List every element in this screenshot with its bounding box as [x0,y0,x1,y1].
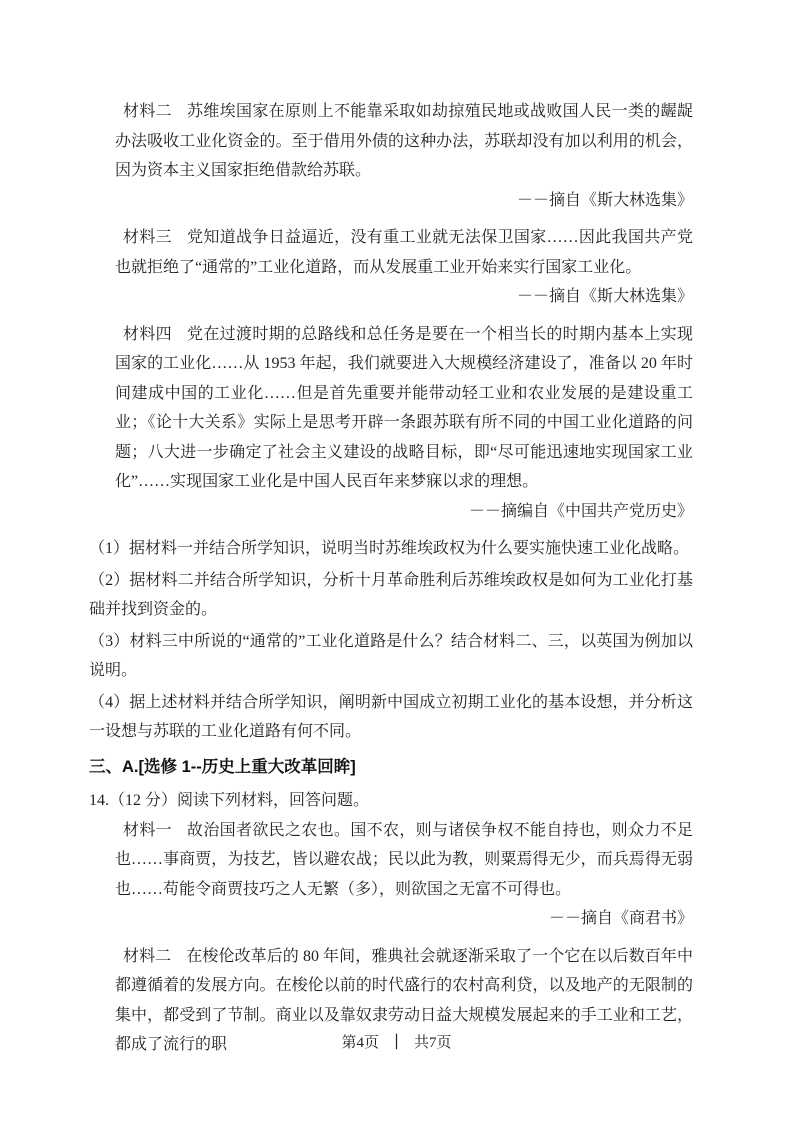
page-number-separator: ｜ [389,1035,404,1051]
total-page-count: 共7页 [414,1035,452,1051]
q14-material-1-label: 材料一 [123,822,172,839]
current-page-number: 第4页 [341,1035,379,1051]
question-14-block: 14.（12 分）阅读下列材料，回答问题。 材料一故治国者欲民之农也。国不农，则… [89,786,693,1060]
material-4-text: 党在过渡时期的总路线和总任务是要在一个相当长的时期内基本上实现国家的工业化……从… [115,326,693,491]
material-3-source-citation: －－摘自《斯大林选集》 [89,282,693,312]
material-2-source-citation: －－摘自《斯大林选集》 [89,186,693,216]
section-heading: 三、A.[选修 1--历史上重大改革回眸] [89,753,693,783]
material-3-label: 材料三 [123,229,172,246]
exam-page-content: 材料二苏维埃国家在原则上不能靠采取如劫掠殖民地或战败国人民一类的龌龊办法吸收工业… [89,97,693,1060]
q14-material-1-source-citation: －－摘自《商君书》 [89,904,693,934]
sub-question-1: （1）据材料一并结合所学知识，说明当时苏维埃政权为什么要实施快速工业化战略。 [89,534,693,564]
material-2-text: 苏维埃国家在原则上不能靠采取如劫掠殖民地或战败国人民一类的龌龊办法吸收工业化资金… [115,103,693,179]
sub-question-2: （2）据材料二并结合所学知识，分析十月革命胜利后苏维埃政权是如何为工业化打基础并… [89,566,693,625]
material-3-text: 党知道战争日益逼近，没有重工业就无法保卫国家……因此我国共产党也就拒绝了“通常的… [115,229,693,276]
sub-question-4: （4）据上述材料并结合所学知识，阐明新中国成立初期工业化的基本设想，并分析这一设… [89,688,693,747]
material-4-source-citation: －－摘编自《中国共产党历史》 [89,497,693,527]
question-13-block: 材料二苏维埃国家在原则上不能靠采取如劫掠殖民地或战败国人民一类的龌龊办法吸收工业… [89,97,693,747]
question-14-stem: 14.（12 分）阅读下列材料，回答问题。 [89,786,693,816]
material-4-paragraph: 材料四党在过渡时期的总路线和总任务是要在一个相当长的时期内基本上实现国家的工业化… [115,320,693,497]
q14-material-2-label: 材料二 [123,948,171,965]
material-3-paragraph: 材料三党知道战争日益逼近，没有重工业就无法保卫国家……因此我国共产党也就拒绝了“… [115,223,693,282]
material-2-paragraph: 材料二苏维埃国家在原则上不能靠采取如劫掠殖民地或战败国人民一类的龌龊办法吸收工业… [115,97,693,186]
material-2-label: 材料二 [123,103,172,120]
page-footer: 第4页｜共7页 [0,1032,793,1054]
document-page: { "q13": { "materials": [ { "label": "材料… [0,0,793,1122]
sub-question-3: （3）材料三中所说的“通常的”工业化道路是什么？结合材料二、三，以英国为例加以说… [89,627,693,686]
material-4-label: 材料四 [123,326,172,343]
q14-material-1-paragraph: 材料一故治国者欲民之农也。国不农，则与诸侯争权不能自持也，则众力不足也……事商贾… [115,816,693,905]
q14-material-1-text: 故治国者欲民之农也。国不农，则与诸侯争权不能自持也，则众力不足也……事商贾，为技… [115,822,693,898]
